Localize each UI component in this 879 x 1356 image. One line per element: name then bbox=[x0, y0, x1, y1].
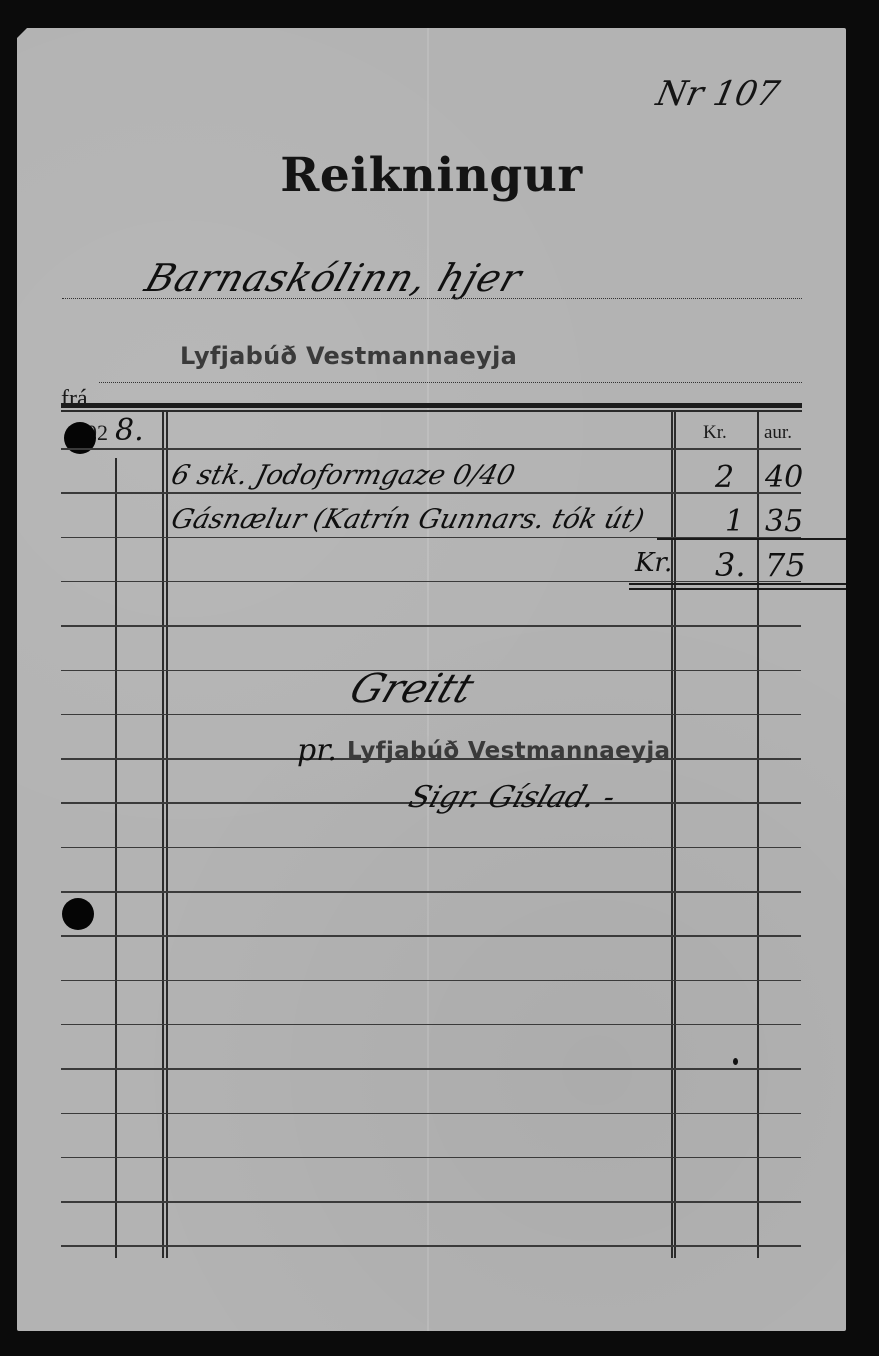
row-line bbox=[61, 935, 801, 937]
total-kr: 3. bbox=[715, 546, 746, 584]
punch-hole-bottom bbox=[62, 898, 94, 930]
total-aur: 75 bbox=[765, 546, 806, 584]
row-line bbox=[61, 891, 801, 893]
ink-dot bbox=[733, 1058, 738, 1065]
line-item-1-aur: 40 bbox=[765, 460, 803, 495]
total-double-rule-a bbox=[629, 583, 847, 585]
date-column-line-a bbox=[162, 412, 164, 1258]
from-line bbox=[99, 382, 802, 383]
total-label: Kr. bbox=[635, 548, 672, 578]
date-column-line-b bbox=[166, 412, 168, 1258]
paid-handwritten: Greitt bbox=[344, 666, 480, 712]
document-title: Reikningur bbox=[17, 148, 846, 203]
line-item-1-kr: 2 bbox=[715, 460, 734, 495]
row-line bbox=[61, 1024, 801, 1026]
column-header-kr: Kr. bbox=[703, 422, 727, 444]
header-rule-thin bbox=[61, 410, 802, 412]
line-item-1-description: 6 stk. Jodoformgaze 0/40 bbox=[168, 460, 518, 491]
date-divider-line bbox=[115, 458, 117, 1258]
row-line bbox=[61, 1201, 801, 1203]
row-line bbox=[61, 1245, 801, 1247]
invoice-number: Nr 107 bbox=[653, 74, 783, 114]
from-label: frá bbox=[61, 386, 88, 413]
year-handwritten: 8. bbox=[115, 413, 144, 448]
row-line bbox=[61, 1157, 801, 1159]
row-line bbox=[61, 492, 801, 494]
header-rule bbox=[61, 403, 802, 408]
row-line bbox=[61, 847, 801, 849]
row-line bbox=[61, 1113, 801, 1115]
paid-stamp: Lyfjabúð Vestmannaeyja bbox=[347, 738, 670, 764]
row-line bbox=[61, 625, 801, 627]
recipient-line bbox=[62, 298, 802, 299]
row-line bbox=[61, 714, 801, 716]
row-line bbox=[61, 980, 801, 982]
subtotal-rule bbox=[657, 538, 847, 540]
line-item-2-aur: 35 bbox=[765, 504, 803, 539]
from-stamp: Lyfjabúð Vestmannaeyja bbox=[180, 342, 517, 370]
column-header-aur: aur. bbox=[764, 422, 792, 444]
signature: Sigr. Gíslad. - bbox=[404, 780, 620, 815]
row-line bbox=[61, 1068, 801, 1070]
line-item-2-kr: 1 bbox=[725, 504, 744, 539]
invoice-paper: Nr 107 Reikningur Barnaskólinn, hjer frá… bbox=[17, 28, 846, 1331]
paid-prefix: pr. bbox=[297, 733, 337, 768]
recipient-handwritten: Barnaskólinn, hjer bbox=[140, 256, 528, 300]
line-item-2-description: Gásnælur (Katrín Gunnars. tók út) bbox=[168, 504, 647, 535]
row-line bbox=[61, 448, 801, 450]
total-double-rule-b bbox=[629, 588, 847, 590]
